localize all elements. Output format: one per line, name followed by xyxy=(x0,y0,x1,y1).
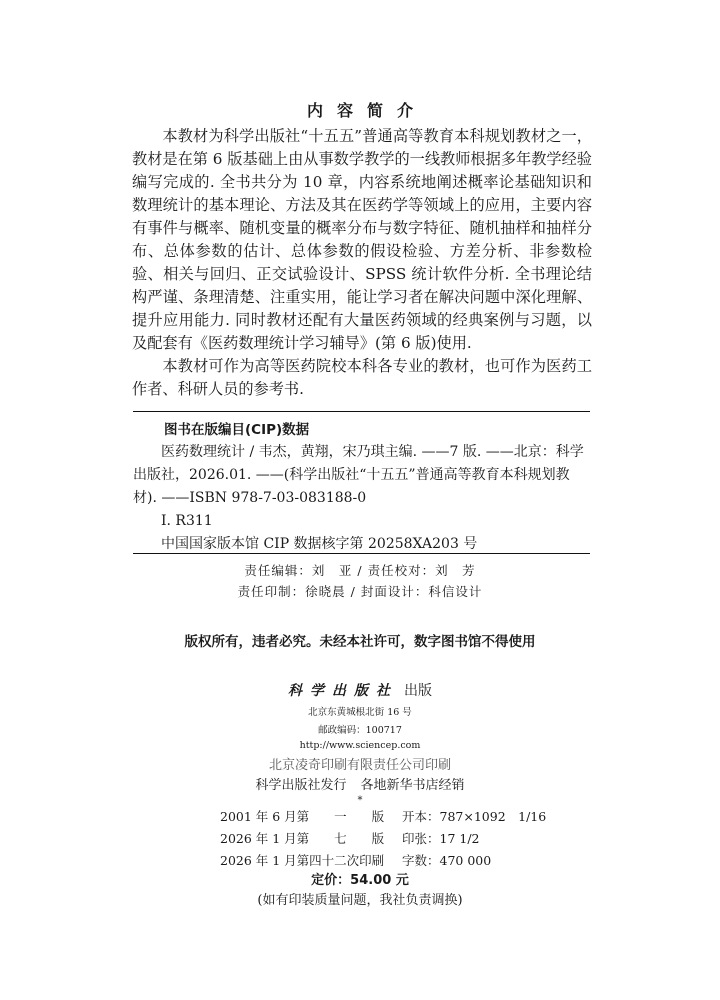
cip-heading: 图书在版编目(CIP)数据 xyxy=(164,418,309,438)
edition-left: 2001 年 6 月第 一 版 xyxy=(220,806,402,828)
intro-paragraph: 本教材为科学出版社“十五五”普通高等教育本科规划教材之一，教材是在第 6 版基础… xyxy=(132,125,592,355)
credits: 责任编辑：刘 亚 / 责任校对：刘 芳 责任印制：徐晓晨 / 封面设计：科信设计 xyxy=(0,560,720,602)
publisher-address: 北京东黄城根北街 16 号 xyxy=(0,704,720,718)
divider-bottom xyxy=(133,553,590,554)
copyright-page: 内容简介 本教材为科学出版社“十五五”普通高等教育本科规划教材之一，教材是在第 … xyxy=(0,0,720,1000)
edition-right: 开本：787×1092 1/16 xyxy=(402,806,546,828)
quality-note: (如有印装质量问题，我社负责调换) xyxy=(0,889,720,908)
publisher-website[interactable]: http://www.sciencep.com xyxy=(0,740,720,751)
edition-left: 2026 年 1 月第 七 版 xyxy=(220,828,402,850)
price: 定价：54.00 元 xyxy=(0,869,720,888)
distribution-retail: 各地新华书店经销 xyxy=(361,778,465,793)
cip-data: 医药数理统计 / 韦杰，黄翔，宋乃琪主编. ——7 版. ——北京：科学出版社，… xyxy=(133,441,590,556)
distribution: 科学出版社发行各地新华书店经销 xyxy=(0,774,720,793)
edition-row: 2001 年 6 月第 一 版 开本：787×1092 1/16 xyxy=(220,806,560,828)
intro-text: 本教材为科学出版社“十五五”普通高等教育本科规划教材之一，教材是在第 6 版基础… xyxy=(132,125,592,401)
credits-production: 责任印制：徐晓晨 / 封面设计：科信设计 xyxy=(0,581,720,602)
publisher-suffix: 出版 xyxy=(404,683,432,699)
distribution-publisher: 科学出版社发行 xyxy=(255,778,346,793)
publisher-line: 科学出版社出版 xyxy=(0,680,720,700)
credits-editors: 责任编辑：刘 亚 / 责任校对：刘 芳 xyxy=(0,560,720,581)
edition-row: 2026 年 1 月第 七 版 印张：17 1/2 xyxy=(220,828,560,850)
cip-entry: 医药数理统计 / 韦杰，黄翔，宋乃琪主编. ——7 版. ——北京：科学出版社，… xyxy=(133,441,590,510)
cip-classification: Ⅰ. R311 xyxy=(133,510,590,533)
printer: 北京凌奇印刷有限责任公司印刷 xyxy=(0,754,720,773)
edition-info: 2001 年 6 月第 一 版 开本：787×1092 1/16 2026 年 … xyxy=(220,806,560,872)
copyright-notice: 版权所有，违者必究。未经本社许可，数字图书馆不得使用 xyxy=(0,630,720,650)
page-title: 内容简介 xyxy=(0,98,720,121)
separator-asterisk: * xyxy=(0,795,720,806)
publisher-postcode: 邮政编码：100717 xyxy=(0,722,720,736)
divider-top xyxy=(133,411,590,412)
edition-right: 印张：17 1/2 xyxy=(402,828,480,850)
intro-paragraph: 本教材可作为高等医药院校本科各专业的教材，也可作为医药工作者、科研人员的参考书. xyxy=(132,355,592,401)
publisher-logo: 科学出版社 xyxy=(288,683,398,699)
